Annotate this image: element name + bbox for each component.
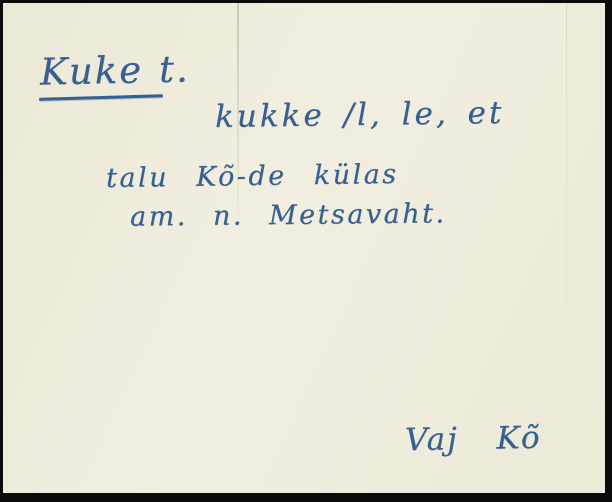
pronunciation-line: kukke /l, le, et	[215, 95, 505, 135]
corner-note: Vaj Kõ	[405, 420, 542, 458]
paper-crease-right	[566, 3, 567, 483]
headword-suffix: t.	[159, 47, 191, 91]
headword: Kuke	[40, 48, 144, 93]
location-line: talu Kõ-de külas	[106, 159, 399, 194]
card-paper: Kuket. kukke /l, le, et talu Kõ-de külas…	[3, 3, 605, 493]
official-name-line: am. n. Metsavaht.	[130, 198, 447, 232]
headword-row: Kuket.	[40, 47, 190, 93]
scanned-index-card: Kuket. kukke /l, le, et talu Kõ-de külas…	[0, 0, 612, 502]
headword-underline	[39, 94, 163, 100]
